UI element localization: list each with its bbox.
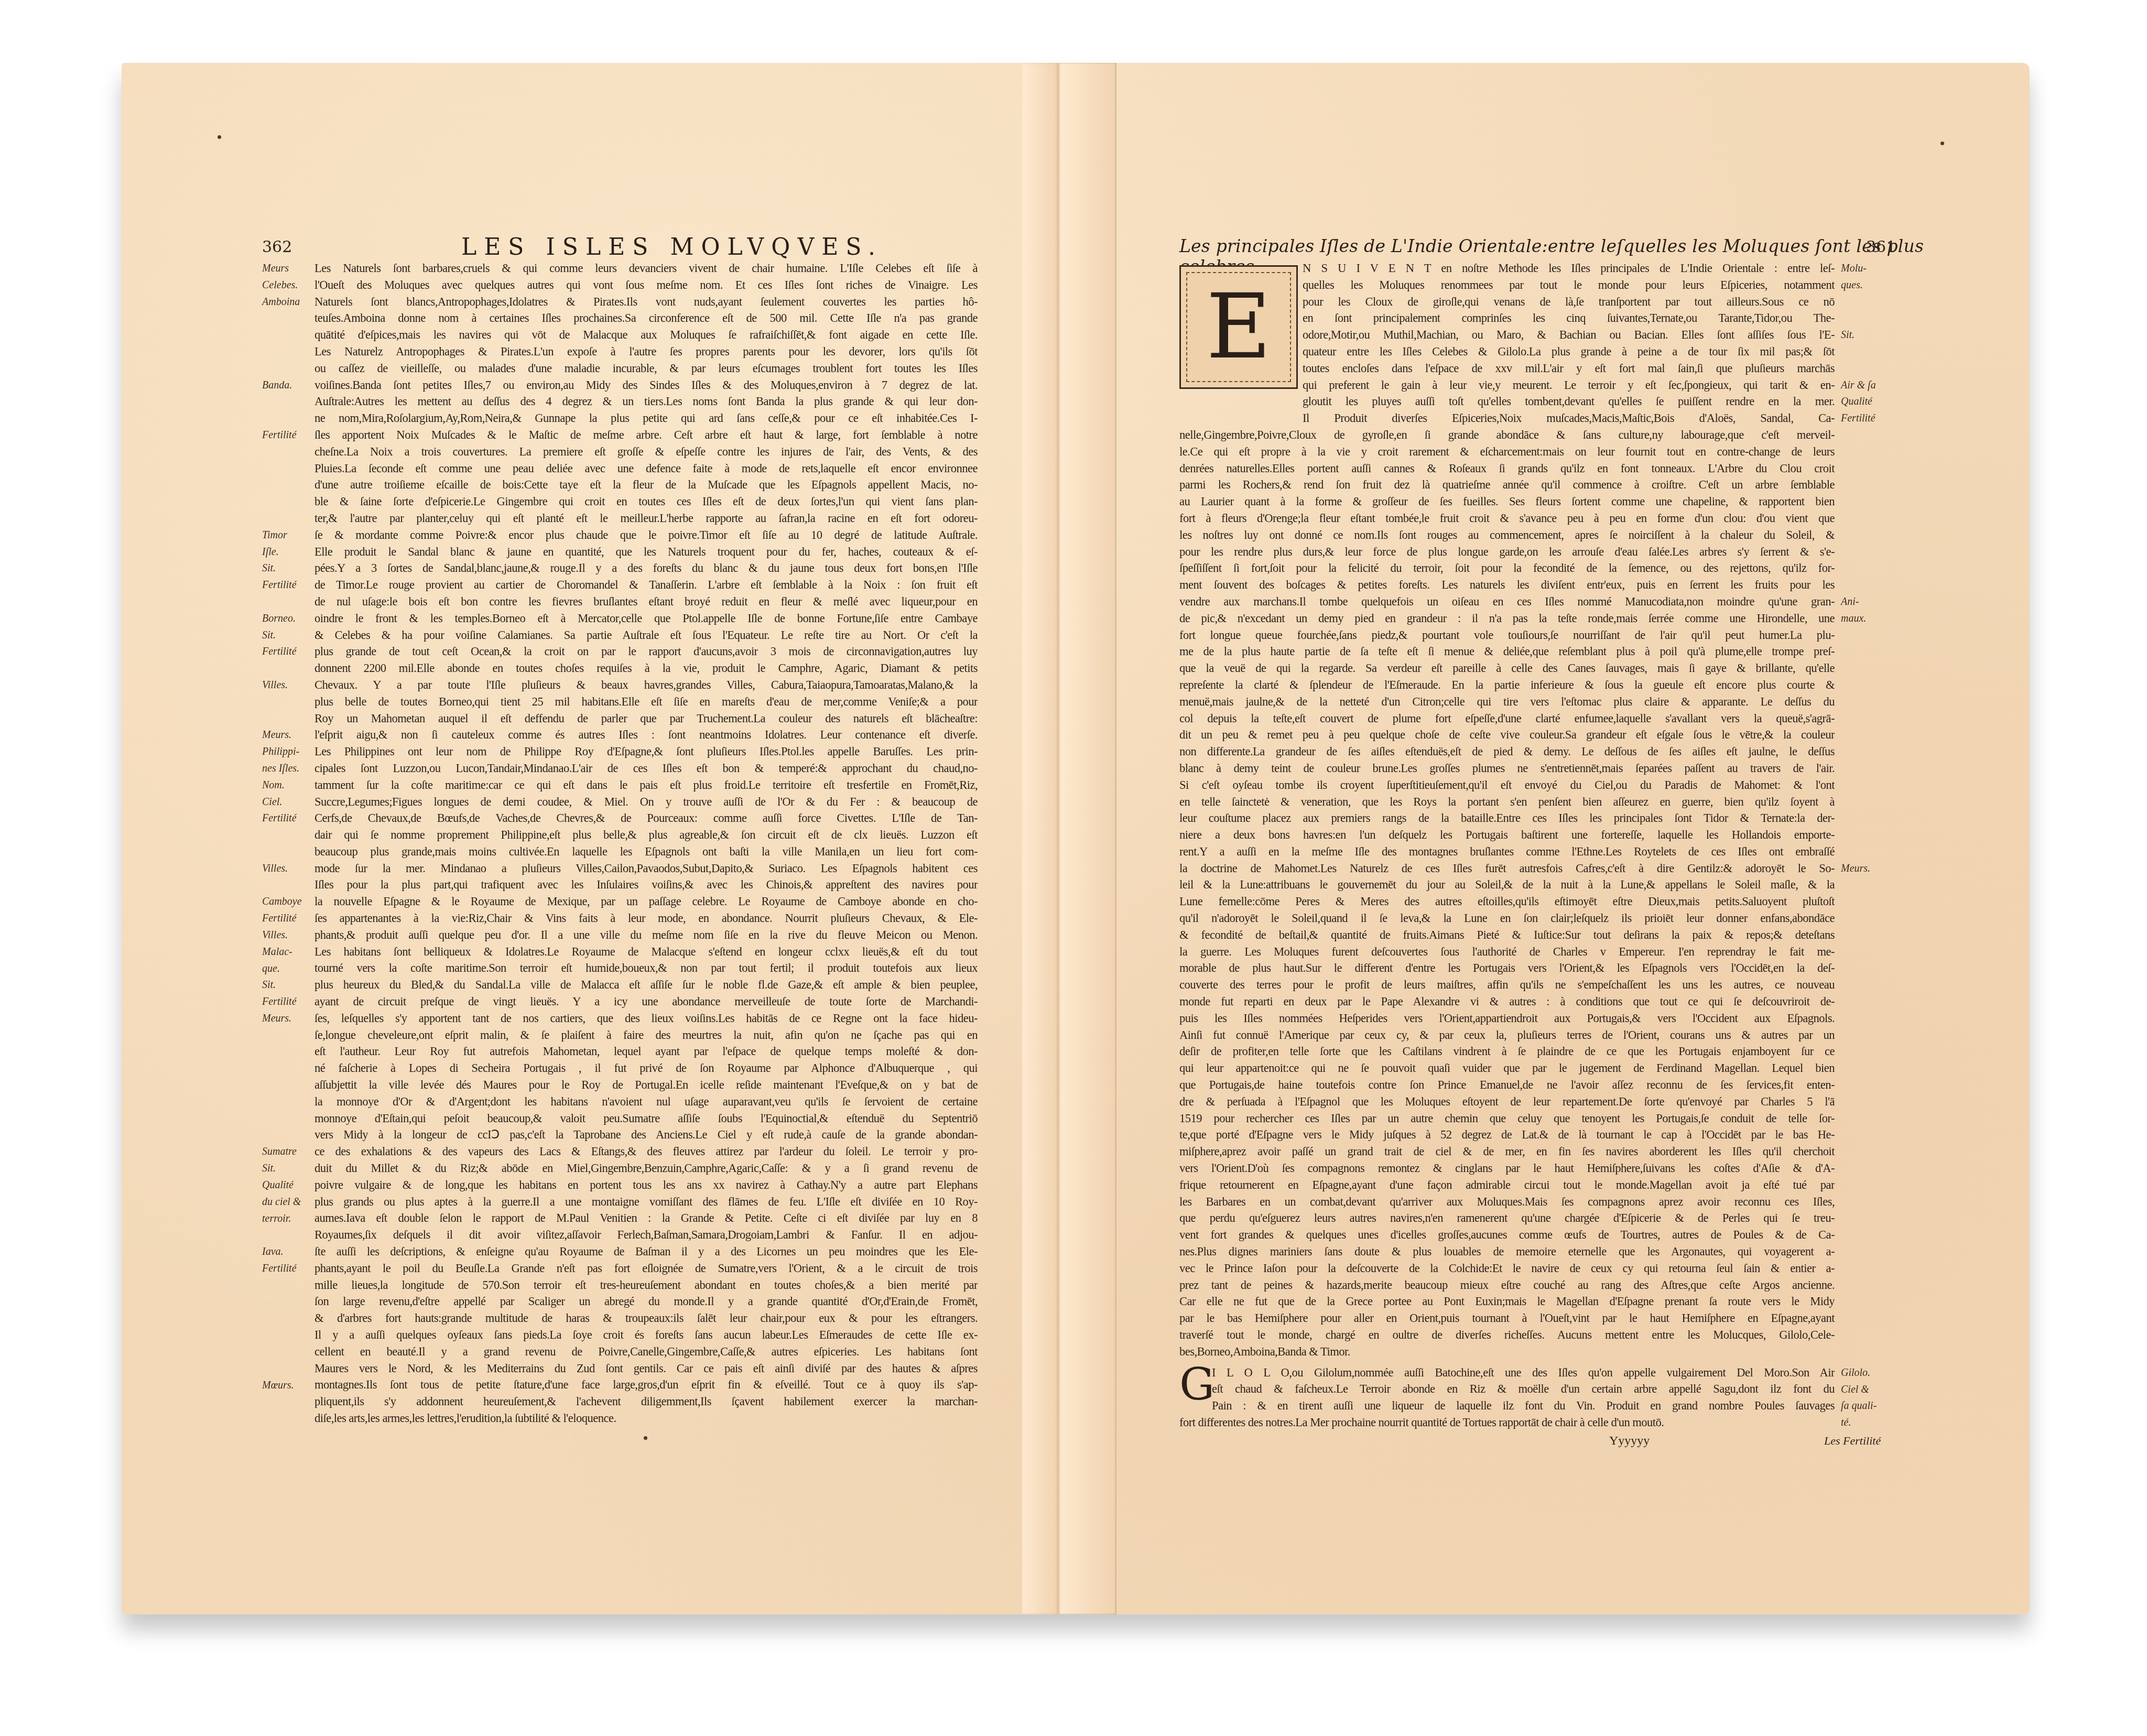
margin-note: maux. (1841, 611, 1899, 626)
margin-note: Villes. (262, 678, 313, 692)
text-line: quelles les Moluques renommees par tout … (1303, 277, 1835, 294)
left-body-text: Les Naturels ſont barbares,cruels & qui … (315, 260, 978, 1427)
margin-note: Air & ſa (1841, 378, 1899, 393)
margin-note: Sit. (262, 561, 313, 576)
margin-note: Ani- (1841, 594, 1899, 609)
text-line: & fecondité de beſtail,& quantité de fru… (1179, 927, 1835, 943)
text-line: & d'arbres fort hauts:grande multitude d… (315, 1310, 978, 1327)
text-line: te,que porté d'Eſpagne vers le Midy juſq… (1179, 1126, 1835, 1143)
text-line: leil & la Lune:attribuans le gouvernemēt… (1179, 876, 1835, 893)
text-line: ble & ſaine ſorte d'eſpicerie.Le Gingemb… (315, 493, 978, 510)
text-line: vers l'Orient.D'où ſes compagnons remont… (1179, 1160, 1835, 1177)
text-line: l'eſprit aigu,& non ſi cauteleux comme é… (315, 726, 978, 743)
margin-note: Villes. (262, 861, 313, 876)
text-line: l'Oueſt des Moluques avec quelques autre… (315, 277, 978, 294)
text-line: plus grands ou plus aptes à la guerre.Il… (315, 1193, 978, 1210)
text-line: Iſles pour la plus part,qui trafiquent a… (315, 876, 978, 893)
margin-note: Amboina (262, 295, 313, 309)
text-line: les Barbares en un combat,devant qu'arri… (1179, 1193, 1835, 1210)
text-line: Naturels ſont blancs,Antropophages,Idola… (315, 294, 978, 310)
text-line: la doctrine de Mahomet.Les Naturelz de c… (1179, 860, 1835, 877)
text-line: blanc à demy teint de couleur brune.Les … (1179, 760, 1835, 777)
text-line: Pain : & en tirent auſſi une liqueur de … (1212, 1397, 1835, 1414)
text-line: ſte auſſi les deſcriptions, & enſeigne q… (315, 1243, 978, 1260)
text-line: de Timor.Le rouge provient au cartier de… (315, 577, 978, 593)
margin-note: Sit. (262, 1161, 313, 1176)
margin-note: Gilolo. (1841, 1365, 1899, 1380)
text-line: diſe,les arts,les armes,les lettres,l'er… (315, 1410, 978, 1427)
text-line: cheſne.La Noix a trois couvertures. La p… (315, 443, 978, 460)
text-line: parmi les Rochers,& rend ſon fruit dez l… (1179, 476, 1835, 493)
text-line: odore,Motir,ou Muthil,Machian, ou Maro, … (1303, 327, 1835, 343)
text-line: plus grande de tout ceſt Ocean,& la croi… (315, 643, 978, 660)
margin-note: Mœurs. (262, 1378, 313, 1393)
text-line: que perdu qu'eſguerez leurs autres navir… (1179, 1210, 1835, 1227)
text-line: & Celebes & ha pour voiſine Calamianes. … (315, 627, 978, 644)
text-line: ter,& l'autre par planter,celuy qui eſt … (315, 510, 978, 527)
margin-note: Qualité (262, 1178, 313, 1192)
text-line: eſt chaud & faſcheux.Le Terroir abonde e… (1212, 1381, 1835, 1397)
right-body-text: N S U I V E N T en noſtre Methode les Iſ… (1179, 260, 1835, 1431)
text-line: d'une autre troiſieme eſcaille de bois:C… (315, 476, 978, 493)
text-line: I L O L O,ou Gilolum,nommée auſſi Batoch… (1212, 1364, 1835, 1381)
text-line: Succre,Legumes;Figues longues de demi co… (315, 794, 978, 810)
margin-note: Qualité (1841, 394, 1899, 409)
margin-note: nes Iſles. (262, 761, 313, 776)
margin-note: terroir. (262, 1211, 313, 1226)
text-line: donnent 2200 mil.Elle abonde en toutes c… (315, 660, 978, 677)
text-line: quātité d'eſpices,mais les navires qui v… (315, 327, 978, 343)
margin-note: Sit. (1841, 328, 1899, 342)
text-line: Elle produit le Sandal blanc & jaune en … (315, 544, 978, 560)
margin-note: Molu- (1841, 261, 1899, 276)
margin-note: du ciel & (262, 1195, 313, 1209)
text-line: aumes.Iava eſt double ſelon le rapport d… (315, 1210, 978, 1227)
text-line: miſphere,aprez avoir paſſé un grand trai… (1179, 1143, 1835, 1160)
text-line: nelle,Gingembre,Poivre,Cloux de gyroſle,… (1179, 427, 1835, 443)
margin-note: Ciel. (262, 795, 313, 809)
margin-note: Fertilité (262, 811, 313, 826)
text-line: tourné vers la coſte maritime.Son terroi… (315, 960, 978, 976)
margin-note: Malac- (262, 945, 313, 959)
text-line: la nouvelle Eſpagne & le Royaume de Mexi… (315, 893, 978, 910)
text-line: pliquent,ils s'y addonnent heureuſement,… (315, 1393, 978, 1410)
text-line: qui leur appartenoit:ce qui ne ſe pouvoi… (1179, 1060, 1835, 1077)
text-line: frique retournerent en Eſpagne,ayant d'u… (1179, 1177, 1835, 1193)
margin-note: Fertilité (1841, 411, 1899, 426)
text-line: gloutit les pluyes auſſi toſt qu'elles t… (1303, 393, 1835, 410)
text-line: quateur entre les Iſles Celebes & Gilolo… (1303, 343, 1835, 360)
text-line: ſon large revenu,d'eſtre appellé par Sca… (315, 1293, 978, 1310)
margin-note: Borneo. (262, 611, 313, 626)
text-line: la guerre. Les Moluques furent deſcouver… (1179, 943, 1835, 960)
text-line: pour les rendre plus durs,& leur force d… (1179, 544, 1835, 560)
margin-note: Meurs. (1841, 861, 1899, 876)
text-line: montagnes.Ils ſont tous de petite ſtatur… (315, 1376, 978, 1393)
text-line: nes.Plus dignes mariniers ſans doute & p… (1179, 1243, 1835, 1260)
margin-note: Iſle. (262, 545, 313, 559)
text-line: oindre le front & les temples.Borneo eſt… (315, 610, 978, 627)
text-line: vers Midy à la longeur de ccIↃ pas,c'eſt… (315, 1126, 978, 1143)
running-title: LES ISLES MOLVQVES. (461, 234, 883, 261)
text-line: Cerfs,de Chevaux,de Bœufs,de Vaches,de C… (315, 810, 978, 827)
text-line: plus heureux du Bled,& du Sandal.La vill… (315, 976, 978, 993)
text-line: 1519 pour rechercher ces Iſles par un au… (1179, 1110, 1835, 1127)
text-line: de nul uſage:le bois eſt bon contre les … (315, 593, 978, 610)
initial-letter-g: G (1179, 1362, 1215, 1406)
text-line: bes,Borneo,Amboina,Banda & Timor. (1179, 1343, 1835, 1360)
text-line: qui preferent le gain à leur vie,y meure… (1303, 377, 1835, 394)
left-page: 362 LES ISLES MOLVQVES. Les Naturels ſon… (262, 231, 970, 1427)
text-line: dit un peu & remet peu à peu quelque cho… (1179, 726, 1835, 743)
text-line: Chevaux. Y a par toute l'Iſle pluſieurs … (315, 677, 978, 693)
text-line: leur couſtume placez aux premiers rangs … (1179, 810, 1835, 827)
text-line: monde fut reparti en deux par le Pape Al… (1179, 993, 1835, 1010)
text-line: ſes, leſquelles s'y apportent tant de no… (315, 1010, 978, 1027)
text-line: cellent en beauté.Il y a grand revenu de… (315, 1343, 978, 1360)
text-line: morable de plus haut.Sur le different d'… (1179, 960, 1835, 976)
text-line: en ſont principalement comprinſes les ci… (1303, 310, 1835, 327)
text-line: rent.Y a auſſi en la meſme Iſle des mont… (1179, 843, 1835, 860)
text-line: mode ſur la mer. Mindanao a pluſieurs Vi… (315, 860, 978, 877)
foxing-spot (218, 135, 221, 139)
margin-note: Philippi- (262, 744, 313, 759)
margin-note: Sit. (262, 628, 313, 643)
text-line: par le bas Hemiſphere pour aller en Orie… (1179, 1310, 1835, 1327)
text-line: menuë,mais jaulne,& de la netteté d'un C… (1179, 693, 1835, 710)
foxing-spot (644, 1436, 647, 1440)
text-line: pées.Y a 3 ſortes de Sandal,blanc,jaune,… (315, 560, 978, 577)
signature-mark: Yyyyyy (1609, 1434, 1650, 1448)
text-line: Les Philippines ont leur nom de Philippe… (315, 743, 978, 760)
text-line: Maures vers le Nord, & les Mediterrains … (315, 1360, 978, 1377)
text-line: phants,& produit auſſi quelque peu d'or.… (315, 927, 978, 943)
margin-note: Timor (262, 528, 313, 542)
text-line: col depuis la teſte,eſt couvert de plume… (1179, 710, 1835, 727)
text-line: Car elle ne fut que de la Grece portee a… (1179, 1293, 1835, 1310)
text-line: fort longue queue fourchée,ſans piedz,& … (1179, 627, 1835, 644)
gilolo-paragraph: GI L O L O,ou Gilolum,nommée auſſi Batoc… (1179, 1364, 1835, 1431)
text-line: N S U I V E N T en noſtre Methode les Iſ… (1303, 260, 1835, 277)
text-line: repreſente la clarté & ſplendeur de l'Eſ… (1179, 677, 1835, 693)
text-line: me de la plus haute partie de ſa teſte e… (1179, 643, 1835, 660)
text-line: ſes appartenantes à la vie:Riz,Chair & V… (315, 910, 978, 927)
text-line: ſe,longue cheveleure,ont eſprit malin, &… (315, 1027, 978, 1044)
text-line: voiſines.Banda ſont petites Iſles,7 ou e… (315, 377, 978, 394)
text-line: Royaumes,ſix deſquels il dit avoir viſit… (315, 1227, 978, 1243)
text-line: tamment ſur la coſte maritime:car ce qui… (315, 777, 978, 794)
text-line: deſir de profiter,en telle ſorte que les… (1179, 1043, 1835, 1060)
text-line: ayant de circuit preſque de vingt lieuës… (315, 993, 978, 1010)
foxing-spot (1940, 142, 1944, 145)
catchword: Les Fertilité (1824, 1434, 1881, 1448)
center-fold-guard (1059, 63, 1116, 1614)
text-line: toutes encloſes dans l'eſpace de xxv mil… (1303, 360, 1835, 377)
text-line: Lune femelle:cōme Peres & Meres des autr… (1179, 893, 1835, 910)
margin-note: Meurs (262, 261, 313, 276)
text-line: pour les Cloux de giroſle,qui venans de … (1303, 294, 1835, 310)
text-line: ment ſouvent des boſcages & petites fore… (1179, 577, 1835, 593)
text-line: dair qui ſe nomme proprement Philippine,… (315, 827, 978, 843)
right-page: Les principales Iſles de L'Indie Orienta… (1179, 231, 1966, 1431)
margin-note: Camboye (262, 894, 313, 909)
text-line: Auſtrale:Autres les mettent au deſſus de… (315, 393, 978, 410)
text-line: couverte des terres pour le profit de le… (1179, 976, 1835, 993)
text-line: ou caſſez de vieilleſſe, ou malades d'un… (315, 360, 978, 377)
margin-note: Villes. (262, 928, 313, 942)
text-line: mille lieues,la longitude de 570.Son ter… (315, 1277, 978, 1294)
text-line: beaucoup plus grande,mais moins cultivée… (315, 843, 978, 860)
margin-note: Fertilité (262, 428, 313, 442)
text-line: de pic,& n'excedant un demy pied en gran… (1179, 610, 1835, 627)
text-line: que la veuë de qui la regarde. Sa verdeu… (1179, 660, 1835, 677)
margin-note: Fertilité (262, 578, 313, 592)
margin-note: Iava. (262, 1244, 313, 1259)
text-line: au Laurier quant à la forme & groſſeur d… (1179, 493, 1835, 510)
text-line: ce des exhalations & des vapeurs des Lac… (315, 1143, 978, 1160)
margin-note: Sit. (262, 978, 313, 992)
right-page-header: Les principales Iſles de L'Indie Orienta… (1179, 231, 1966, 260)
text-line: Les Naturelz Antropophages & Pirates.L'u… (315, 343, 978, 360)
text-line: eſt l'autheur. Leur Roy fut autrefois Ma… (315, 1043, 978, 1060)
text-line: cipales ſont Luzzon,ou Lucon,Tandair,Min… (315, 760, 978, 777)
margin-note: Fertilité (262, 994, 313, 1009)
text-line: aſſubjettit la ville levée dés Maures po… (315, 1077, 978, 1093)
text-line: teuſes.Amboina donne nom à certaines Iſl… (315, 310, 978, 327)
margin-note: té. (1841, 1415, 1899, 1430)
page-number: 362 (262, 238, 292, 256)
text-line: la monnoye d'Or & d'Argent;dont les habi… (315, 1093, 978, 1110)
text-line: vent fort grandes & quelques unes d'icel… (1179, 1227, 1835, 1243)
text-line: phants,ayant le poil du Beuſle.La Grande… (315, 1260, 978, 1277)
margin-note: Fertilité (262, 1261, 313, 1276)
margin-note: Banda. (262, 378, 313, 393)
text-line: Roy un Mahometan auquel il eſt deffendu … (315, 710, 978, 727)
text-line: prez tant de peines & hazards,merite bea… (1179, 1277, 1835, 1294)
margin-note: Ciel & (1841, 1382, 1899, 1397)
text-line: Il y a auſſi quelques oyſeaux ſans pieds… (315, 1327, 978, 1343)
text-line: niere a deux bons havres:en l'un deſquel… (1179, 827, 1835, 843)
page-number: 361 (1866, 238, 1896, 256)
margin-note: Celebes. (262, 278, 313, 292)
margin-note: Meurs. (262, 728, 313, 742)
text-line: Les Naturels ſont barbares,cruels & qui … (315, 260, 978, 277)
text-line: non differente.La grandeur de ſes aiſles… (1179, 743, 1835, 760)
text-line: Si c'eſt oyſeau tombe ils croyent ſuperſ… (1179, 777, 1835, 794)
text-line: Pluies.La ſeconde eſt comme une peau del… (315, 460, 978, 477)
text-line: Il Produit diverſes Eſpiceries,Noix muſc… (1303, 410, 1835, 427)
margin-note: Sumatre (262, 1144, 313, 1159)
text-line: le.Ce qui eſt propre à la vie y croit ra… (1179, 443, 1835, 460)
text-line: poivre vulgaire & de long,que les habita… (315, 1177, 978, 1193)
text-line: puis les Iſles nommées Heſperides vers l… (1179, 1010, 1835, 1027)
text-line: qu'il n'adoroyēt le Soleil,quand il ſe l… (1179, 910, 1835, 927)
text-line: ne nom,Mira,Roſolargium,Ay,Rom,Neira,& G… (315, 410, 978, 427)
text-line: vec le Prince Iaſon pour la deſcouverte … (1179, 1260, 1835, 1277)
text-line: ſpeſſiſſent ſi fort,ſoit pour la felicit… (1179, 560, 1835, 577)
text-line: traverſé tout le monde, chargé en oultre… (1179, 1327, 1835, 1343)
center-fold-left (1022, 63, 1059, 1614)
text-line: vendre aux marchans.Il tombe quelquefois… (1179, 593, 1835, 610)
text-line: Ainſi fut connuë l'Amerique par ceux cy,… (1179, 1027, 1835, 1044)
text-line: fort differentes des notres.La Mer proch… (1179, 1414, 1835, 1431)
margin-note: Nom. (262, 778, 313, 793)
margin-note: ſa quali- (1841, 1398, 1899, 1413)
text-line: duit du Millet & du Riz;& abōde en Miel,… (315, 1160, 978, 1177)
text-line: dre & perſuada à l'Eſpagnol que les Molu… (1179, 1093, 1835, 1110)
text-line: fort à fleurs d'Orenge;la fleur eſtant t… (1179, 510, 1835, 527)
margin-note: Fertilité (262, 911, 313, 926)
left-page-header: 362 LES ISLES MOLVQVES. (262, 231, 970, 260)
text-line: monnoye d'Eſtain,qui peſoit beaucoup,& v… (315, 1110, 978, 1127)
text-line: plus belle de toutes Borneo,qui tient 25… (315, 693, 978, 710)
margin-note: Meurs. (262, 1011, 313, 1026)
text-line: Les habitans ſont belliqueux & Idolatres… (315, 943, 978, 960)
margin-note: que. (262, 961, 313, 976)
margin-note: Fertilité (262, 644, 313, 659)
text-line: les noſtres luy ont donné ce nom.Ils ſon… (1179, 527, 1835, 544)
text-line: que Portugais,de haine toutefois contre … (1179, 1077, 1835, 1093)
text-line: ſles apportent Noix Muſcades & le Maſtic… (315, 427, 978, 443)
text-line: en telle ſainctetė & veneration, que les… (1179, 794, 1835, 810)
text-line: ſe & mordante comme Poivre:& encor plus … (315, 527, 978, 544)
text-line: né faſcherie à Lopes di Secheira Portuga… (315, 1060, 978, 1077)
margin-note: ques. (1841, 278, 1899, 292)
text-line: denrées naturelles.Elles portent auſſi c… (1179, 460, 1835, 477)
